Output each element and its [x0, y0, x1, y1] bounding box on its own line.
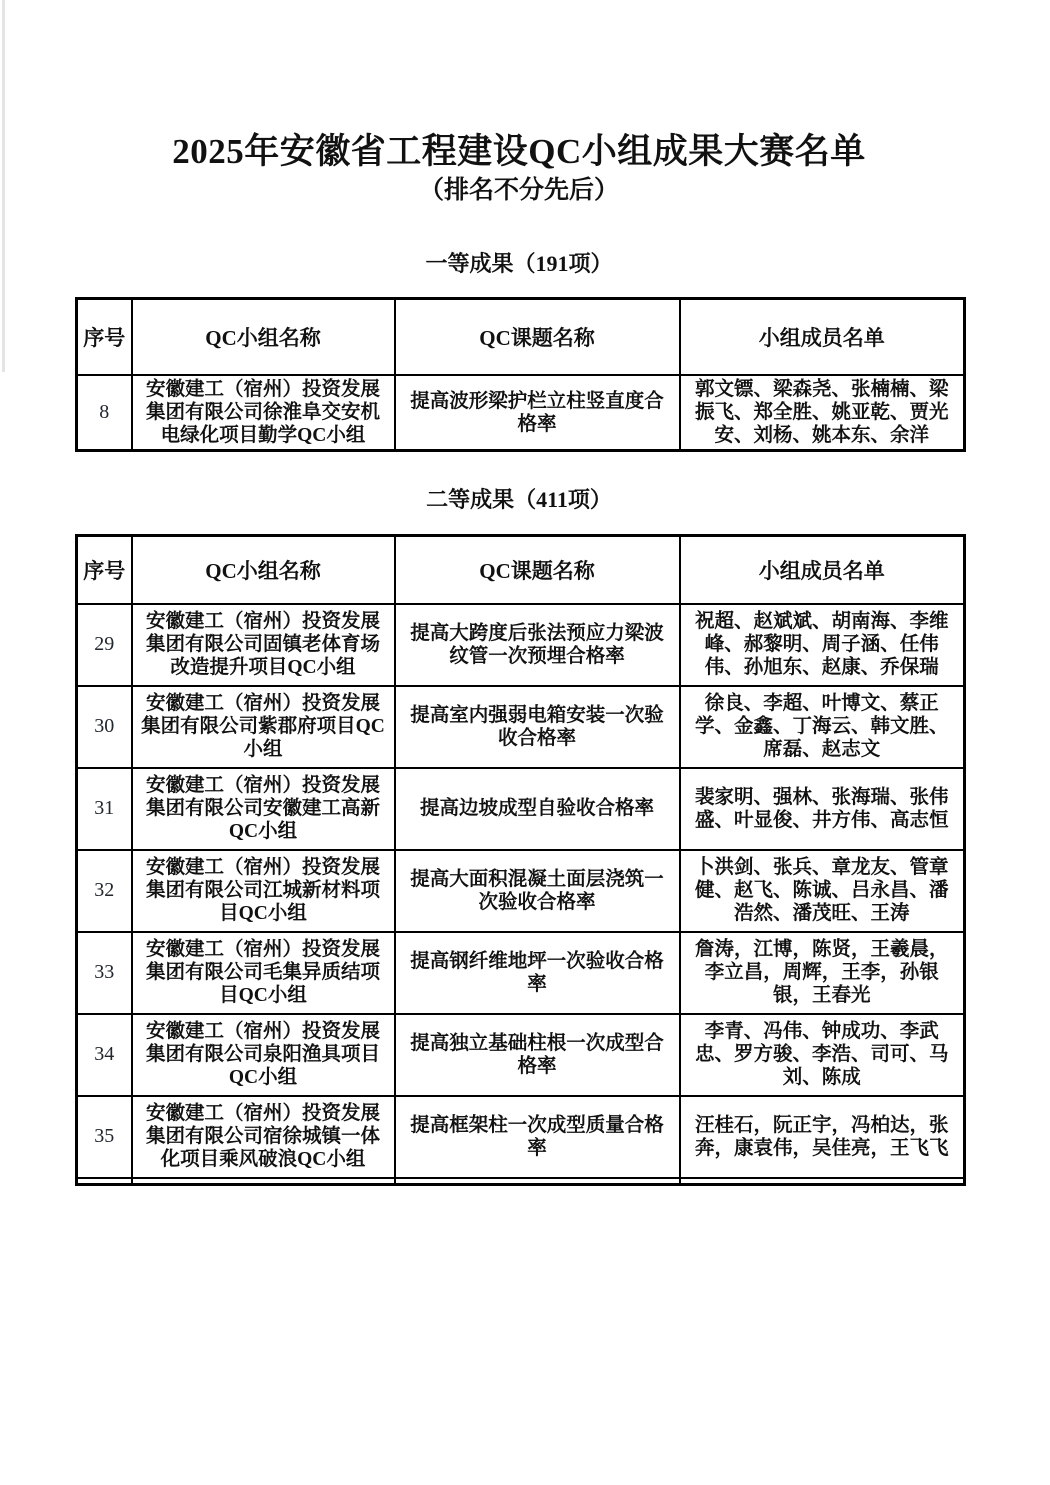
results-table-second-prize: 序号QC小组名称QC课题名称小组成员名单 29安徽建工（宿州）投资发展集团有限公… — [75, 534, 966, 1186]
cell-qc-group-name: 安徽建工（宿州）投资发展集团有限公司宿徐城镇一体化项目乘风破浪QC小组 — [132, 1096, 395, 1178]
award-section-first-prize: 一等成果（191项） 序号QC小组名称QC课题名称小组成员名单 8安徽建工（宿州… — [75, 250, 963, 453]
cell-qc-topic-name: 提高边坡成型自验收合格率 — [395, 768, 680, 850]
column-header: 小组成员名单 — [680, 535, 965, 604]
document-page: { "page": { "title": "2025年安徽省工程建设QC小组成果… — [0, 0, 1050, 1485]
column-header: QC小组名称 — [132, 299, 395, 376]
cell-qc-group-name: 安徽建工（宿州）投资发展集团有限公司徐淮阜交安机电绿化项目勤学QC小组 — [132, 375, 395, 451]
cell-qc-group-name: 安徽建工（宿州）投资发展集团有限公司固镇老体育场改造提升项目QC小组 — [132, 604, 395, 686]
column-header: 序号 — [77, 299, 132, 376]
table-row: 31安徽建工（宿州）投资发展集团有限公司安徽建工高新QC小组提高边坡成型自验收合… — [77, 768, 965, 850]
table-header-row: 序号QC小组名称QC课题名称小组成员名单 — [77, 535, 965, 604]
cell-qc-group-name: 安徽建工（宿州）投资发展集团有限公司泉阳渔具项目QC小组 — [132, 1014, 395, 1096]
cell-qc-group-name: 安徽建工（宿州）投资发展集团有限公司紫郡府项目QC小组 — [132, 686, 395, 768]
cell-qc-topic-name: 提高大面积混凝土面层浇筑一次验收合格率 — [395, 850, 680, 932]
cell-qc-topic-name: 提高波形梁护栏立柱竖直度合格率 — [395, 375, 680, 451]
cell-qc-topic-name: 提高室内强弱电箱安装一次验收合格率 — [395, 686, 680, 768]
table-row: 8安徽建工（宿州）投资发展集团有限公司徐淮阜交安机电绿化项目勤学QC小组提高波形… — [77, 375, 965, 451]
cell-member-list: 郭文镖、梁森尧、张楠楠、梁振飞、郑全胜、姚亚乾、贾光安、刘杨、姚本东、余洋 — [680, 375, 965, 451]
award-section-second-prize: 二等成果（411项） 序号QC小组名称QC课题名称小组成员名单 29安徽建工（宿… — [75, 486, 963, 1186]
cell-serial-number: 31 — [77, 768, 132, 850]
cell-serial-number: 35 — [77, 1096, 132, 1178]
document-subtitle: （排名不分先后） — [75, 176, 963, 206]
table-header-row: 序号QC小组名称QC课题名称小组成员名单 — [77, 299, 965, 376]
cell-qc-group-name: 安徽建工（宿州）投资发展集团有限公司毛集异质结项目QC小组 — [132, 932, 395, 1014]
table-row: 33安徽建工（宿州）投资发展集团有限公司毛集异质结项目QC小组提高钢纤维地坪一次… — [77, 932, 965, 1014]
cell-member-list: 裴家明、强林、张海瑞、张伟盛、叶显俊、井方伟、高志恒 — [680, 768, 965, 850]
table-row: 29安徽建工（宿州）投资发展集团有限公司固镇老体育场改造提升项目QC小组提高大跨… — [77, 604, 965, 686]
column-header: QC课题名称 — [395, 299, 680, 376]
cell-serial-number: 30 — [77, 686, 132, 768]
column-header: 序号 — [77, 535, 132, 604]
cell-member-list: 汪桂石，阮正宇，冯柏达，张奔，康袁伟，吴佳亮，王飞飞 — [680, 1096, 965, 1178]
partial-next-row — [77, 1178, 965, 1185]
cell-serial-number: 29 — [77, 604, 132, 686]
cell-member-list: 詹涛，江博，陈贤，王羲晨，李立昌，周辉，王李，孙银银，王春光 — [680, 932, 965, 1014]
page-edge-line — [2, 0, 5, 372]
table-row: 30安徽建工（宿州）投资发展集团有限公司紫郡府项目QC小组提高室内强弱电箱安装一… — [77, 686, 965, 768]
cell-serial-number: 32 — [77, 850, 132, 932]
column-header: QC小组名称 — [132, 535, 395, 604]
cell-qc-group-name: 安徽建工（宿州）投资发展集团有限公司安徽建工高新QC小组 — [132, 768, 395, 850]
cell-qc-group-name: 安徽建工（宿州）投资发展集团有限公司江城新材料项目QC小组 — [132, 850, 395, 932]
document-title: 2025年安徽省工程建设QC小组成果大赛名单 — [75, 130, 963, 174]
cell-serial-number: 8 — [77, 375, 132, 451]
section-heading-first-prize: 一等成果（191项） — [75, 250, 963, 278]
partial-cell — [132, 1178, 395, 1185]
table-row: 35安徽建工（宿州）投资发展集团有限公司宿徐城镇一体化项目乘风破浪QC小组提高框… — [77, 1096, 965, 1178]
cell-member-list: 徐良、李超、叶博文、蔡正学、金鑫、丁海云、韩文胜、席磊、赵志文 — [680, 686, 965, 768]
cell-qc-topic-name: 提高框架柱一次成型质量合格率 — [395, 1096, 680, 1178]
table-row: 34安徽建工（宿州）投资发展集团有限公司泉阳渔具项目QC小组提高独立基础柱根一次… — [77, 1014, 965, 1096]
partial-cell — [77, 1178, 132, 1185]
cell-serial-number: 34 — [77, 1014, 132, 1096]
cell-qc-topic-name: 提高钢纤维地坪一次验收合格率 — [395, 932, 680, 1014]
section-heading-second-prize: 二等成果（411项） — [75, 486, 963, 514]
table-row: 32安徽建工（宿州）投资发展集团有限公司江城新材料项目QC小组提高大面积混凝土面… — [77, 850, 965, 932]
cell-qc-topic-name: 提高独立基础柱根一次成型合格率 — [395, 1014, 680, 1096]
cell-member-list: 祝超、赵斌斌、胡南海、李维峰、郝黎明、周子涵、任伟伟、孙旭东、赵康、乔保瑞 — [680, 604, 965, 686]
partial-cell — [395, 1178, 680, 1185]
cell-member-list: 卜洪剑、张兵、章龙友、管章健、赵飞、陈诚、吕永昌、潘浩然、潘茂旺、王涛 — [680, 850, 965, 932]
cell-member-list: 李青、冯伟、钟成功、李武忠、罗方骏、李浩、司可、马刘、陈成 — [680, 1014, 965, 1096]
cell-serial-number: 33 — [77, 932, 132, 1014]
column-header: 小组成员名单 — [680, 299, 965, 376]
partial-cell — [680, 1178, 965, 1185]
document-content: 2025年安徽省工程建设QC小组成果大赛名单 （排名不分先后） 一等成果（191… — [75, 0, 963, 1186]
cell-qc-topic-name: 提高大跨度后张法预应力梁波纹管一次预埋合格率 — [395, 604, 680, 686]
results-table-first-prize: 序号QC小组名称QC课题名称小组成员名单 8安徽建工（宿州）投资发展集团有限公司… — [75, 297, 966, 452]
column-header: QC课题名称 — [395, 535, 680, 604]
